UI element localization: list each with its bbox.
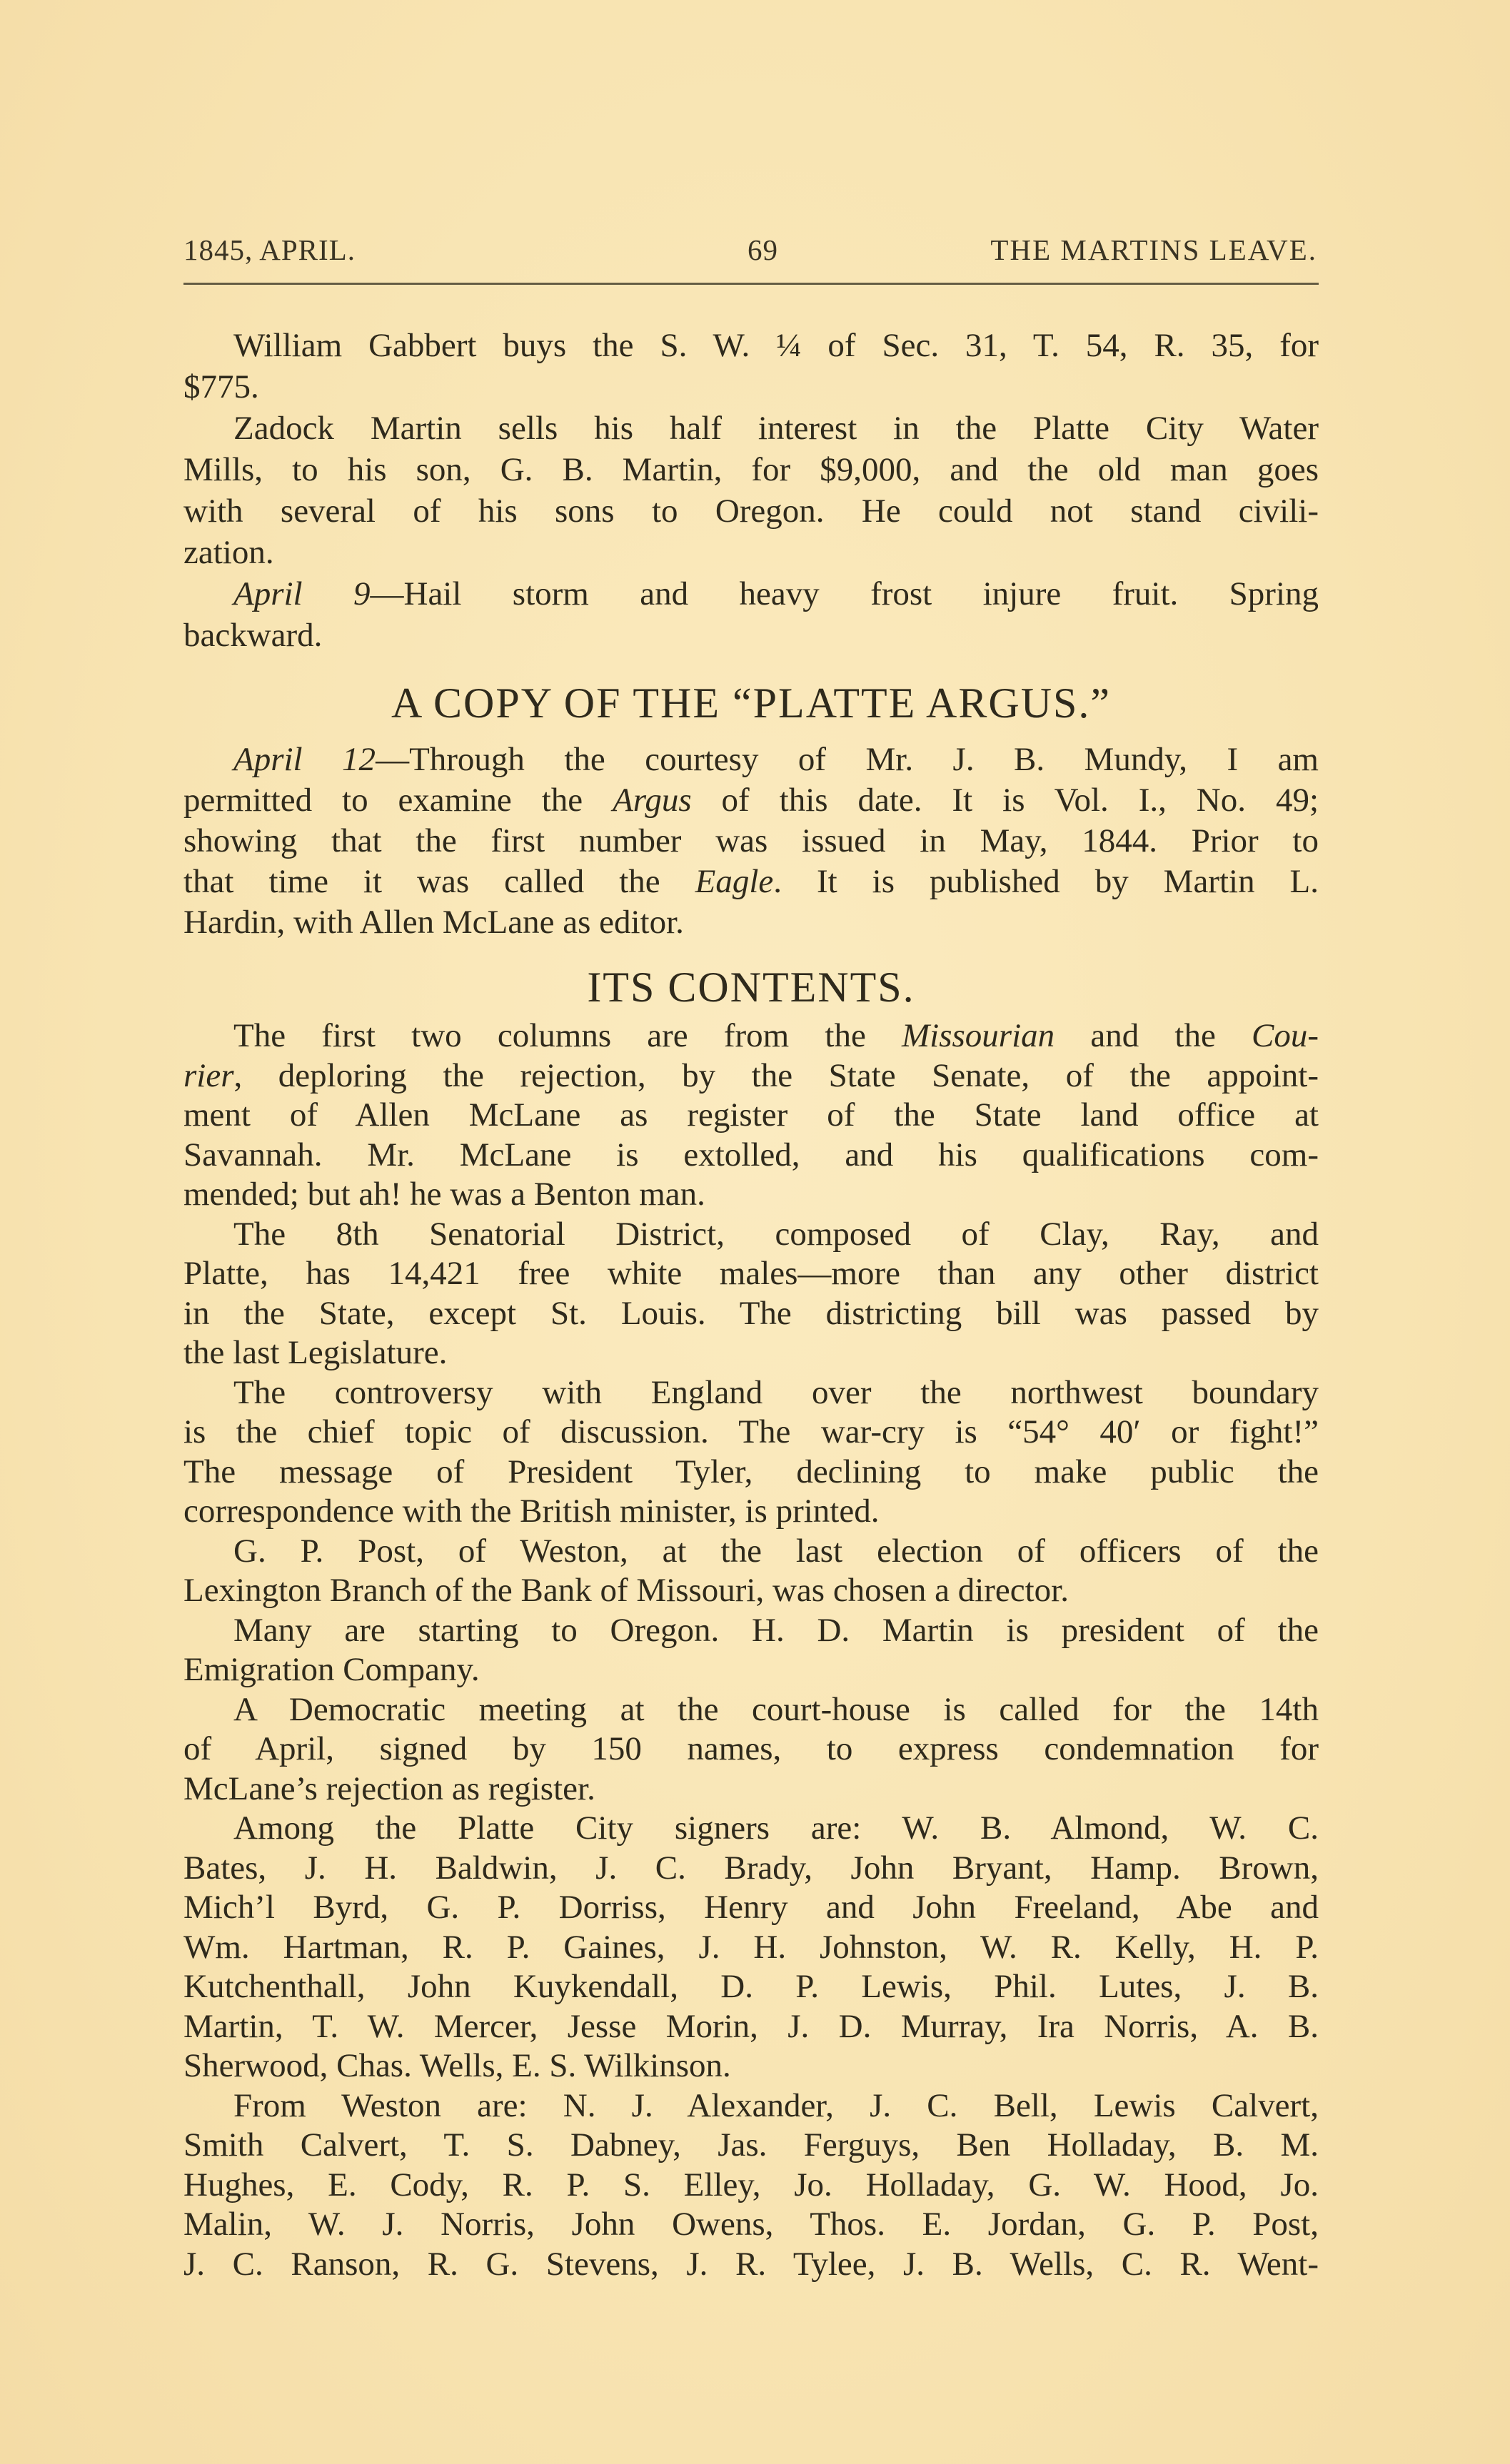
text-line: Many are starting to Oregon. H. D. Marti… — [183, 1611, 1319, 1651]
text-line: April 12—Through the courtesy of Mr. J. … — [183, 739, 1319, 780]
text-line: with several of his sons to Oregon. He c… — [183, 490, 1319, 532]
text-line: Kutchenthall, John Kuykendall, D. P. Lew… — [183, 1967, 1319, 2007]
text-line: Smith Calvert, T. S. Dabney, Jas. Ferguy… — [183, 2126, 1319, 2166]
date-april-12: April 12 — [233, 741, 376, 778]
text-line: A Democratic meeting at the court-house … — [183, 1690, 1319, 1730]
text-line: Mills, to his son, G. B. Martin, for $9,… — [183, 449, 1319, 490]
text-line: showing that the first number was issued… — [183, 821, 1319, 862]
text-line: Zadock Martin sells his half interest in… — [183, 408, 1319, 449]
text-line: Hardin, with Allen McLane as editor. — [183, 902, 1319, 943]
text-line: rier, deploring the rejection, by the St… — [183, 1056, 1319, 1096]
header-rule — [183, 283, 1319, 285]
running-head: 1845, APRIL. 69 THE MARTINS LEAVE. — [183, 227, 1319, 270]
text-line: The first two columns are from the Misso… — [183, 1016, 1319, 1056]
newspaper-title-missourian: Missourian — [902, 1017, 1055, 1054]
text-line: Bates, J. H. Baldwin, J. C. Brady, John … — [183, 1849, 1319, 1889]
text-line: McLane’s rejection as register. — [183, 1769, 1319, 1809]
section-contents: The first two columns are from the Misso… — [183, 1016, 1319, 2284]
text-line: The controversy with England over the no… — [183, 1373, 1319, 1413]
text-line: zation. — [183, 532, 1319, 573]
section-heading-contents: ITS CONTENTS. — [183, 962, 1319, 1012]
text-line: is the chief topic of discussion. The wa… — [183, 1413, 1319, 1453]
text-line: Mich’l Byrd, G. P. Dorriss, Henry and Jo… — [183, 1888, 1319, 1928]
newspaper-title-eagle: Eagle — [695, 863, 774, 900]
newspaper-title-argus: Argus — [613, 782, 692, 819]
text-line: of April, signed by 150 names, to expres… — [183, 1730, 1319, 1769]
text-line: From Weston are: N. J. Alexander, J. C. … — [183, 2086, 1319, 2126]
text-line: The message of President Tyler, declinin… — [183, 1453, 1319, 1493]
text-line: The 8th Senatorial District, composed of… — [183, 1215, 1319, 1255]
text-line: G. P. Post, of Weston, at the last elect… — [183, 1532, 1319, 1572]
text-line: Emigration Company. — [183, 1650, 1319, 1690]
text-line: that time it was called the Eagle. It is… — [183, 862, 1319, 902]
text-line: Sherwood, Chas. Wells, E. S. Wilkinson. — [183, 2046, 1319, 2086]
text-line: mended; but ah! he was a Benton man. — [183, 1175, 1319, 1215]
text-line: Savannah. Mr. McLane is extolled, and hi… — [183, 1136, 1319, 1176]
text-line: ment of Allen McLane as register of the … — [183, 1096, 1319, 1136]
text-line: J. C. Ranson, R. G. Stevens, J. R. Tylee… — [183, 2245, 1319, 2285]
page-number: 69 — [748, 233, 778, 267]
text-line: $775. — [183, 366, 1319, 408]
section-platte-argus: April 12—Through the courtesy of Mr. J. … — [183, 739, 1319, 943]
text-line: Among the Platte City signers are: W. B.… — [183, 1809, 1319, 1849]
text-line: Martin, T. W. Mercer, Jesse Morin, J. D.… — [183, 2007, 1319, 2047]
text-line: Platte, has 14,421 free white males—more… — [183, 1254, 1319, 1294]
running-head-date: 1845, APRIL. — [183, 233, 356, 267]
text-line: Malin, W. J. Norris, John Owens, Thos. E… — [183, 2205, 1319, 2245]
text-line: April 9—Hail storm and heavy frost injur… — [183, 573, 1319, 615]
running-head-title: THE MARTINS LEAVE. — [990, 233, 1317, 267]
text-line: permitted to examine the Argus of this d… — [183, 780, 1319, 821]
text-line: William Gabbert buys the S. W. ¼ of Sec.… — [183, 325, 1319, 366]
newspaper-title-courier: Cou- — [1252, 1017, 1319, 1054]
text-line: Wm. Hartman, R. P. Gaines, J. H. Johnsto… — [183, 1928, 1319, 1968]
text-line: Hughes, E. Cody, R. P. S. Elley, Jo. Hol… — [183, 2166, 1319, 2206]
text-line: correspondence with the British minister… — [183, 1492, 1319, 1532]
text-line: in the State, except St. Louis. The dist… — [183, 1294, 1319, 1334]
date-april-9: April 9 — [233, 575, 371, 612]
section-heading-platte-argus: A COPY OF THE “PLATTE ARGUS.” — [183, 678, 1319, 728]
text-line: Lexington Branch of the Bank of Missouri… — [183, 1571, 1319, 1611]
section-opening: William Gabbert buys the S. W. ¼ of Sec.… — [183, 325, 1319, 656]
text-line: backward. — [183, 615, 1319, 656]
text-line: the last Legislature. — [183, 1333, 1319, 1373]
